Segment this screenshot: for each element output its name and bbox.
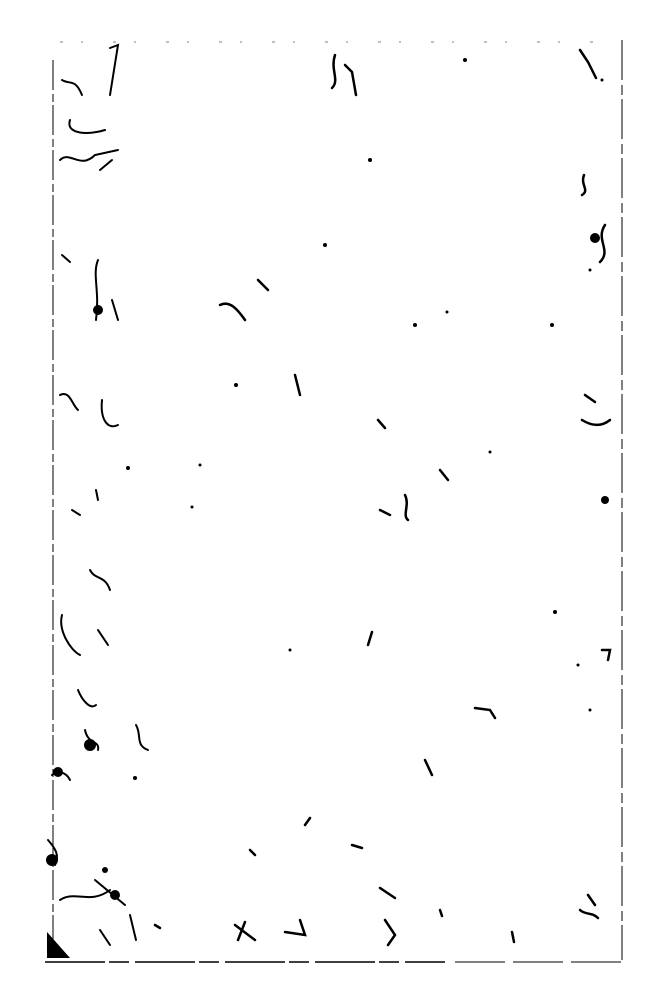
scan-noise-layer [0,0,666,998]
scanned-page [0,0,666,998]
